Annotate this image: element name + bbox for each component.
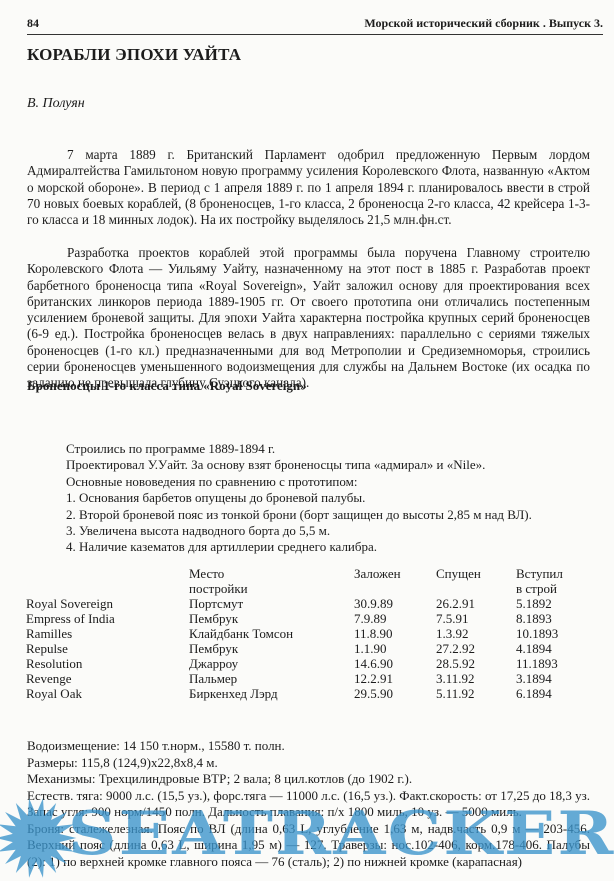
journal-title: Морской исторический сборник . Выпуск 3. xyxy=(364,16,603,31)
cell-ship-name: Royal Sovereign xyxy=(22,596,189,611)
cell-commissioned: 11.1893 xyxy=(516,656,596,671)
table-row: ResolutionДжарроу14.6.9028.5.9211.1893 xyxy=(22,656,596,671)
cell-ship-name: Empress of India xyxy=(22,611,189,626)
cell-commissioned: 8.1893 xyxy=(516,611,596,626)
section-heading: Броненосцы 1-го класса типа «Royal Sover… xyxy=(27,378,307,394)
cell-launched: 1.3.92 xyxy=(436,626,516,641)
cell-ship-name: Royal Oak xyxy=(22,686,189,701)
article-title: КОРАБЛИ ЭПОХИ УАЙТА xyxy=(27,45,241,65)
cell-builder: Джарроу xyxy=(189,656,354,671)
cell-laid-down: 1.1.90 xyxy=(354,641,436,656)
intro-paragraph-1: 7 марта 1889 г. Британский Парламент одо… xyxy=(27,147,590,228)
table-row: Empress of IndiaПембрук7.9.897.5.918.189… xyxy=(22,611,596,626)
page-number: 84 xyxy=(27,16,39,31)
spec-line: 2. Второй броневой пояс из тонкой брони … xyxy=(66,507,532,523)
cell-laid-down: 11.8.90 xyxy=(354,626,436,641)
cell-laid-down: 7.9.89 xyxy=(354,611,436,626)
design-notes: Строились по программе 1889-1894 г. Прое… xyxy=(66,441,532,556)
spec-dimensions: Размеры: 115,8 (124,9)х22,8х8,4 м. xyxy=(27,755,590,772)
watermark-starburst-icon xyxy=(0,796,78,880)
cell-commissioned: 10.1893 xyxy=(516,626,596,641)
cell-builder: Пальмер xyxy=(189,671,354,686)
table-row: Royal SovereignПортсмут30.9.8926.2.915.1… xyxy=(22,596,596,611)
spec-line: Проектировал У.Уайт. За основу взят брон… xyxy=(66,457,532,473)
col-header-builder: Местопостройки xyxy=(189,566,354,596)
cell-builder: Портсмут xyxy=(189,596,354,611)
paragraph-text: Разработка проектов кораблей этой програ… xyxy=(27,245,590,390)
paragraph-text: 7 марта 1889 г. Британский Парламент одо… xyxy=(27,147,590,227)
table-row: Royal OakБиркенхед Лэрд29.5.905.11.926.1… xyxy=(22,686,596,701)
col-header-laid-down: Заложен xyxy=(354,566,436,596)
document-page: 84 Морской исторический сборник . Выпуск… xyxy=(0,0,614,881)
cell-commissioned: 5.1892 xyxy=(516,596,596,611)
cell-laid-down: 12.2.91 xyxy=(354,671,436,686)
cell-builder: Клайдбанк Томсон xyxy=(189,626,354,641)
spec-machinery: Механизмы: Трехцилиндровые ВТР; 2 вала; … xyxy=(27,771,590,788)
running-header: 84 Морской исторический сборник . Выпуск… xyxy=(27,15,603,35)
cell-ship-name: Ramilles xyxy=(22,626,189,641)
table-header-row: Местопостройки Заложен Спущен Вступилв с… xyxy=(22,566,596,596)
cell-launched: 26.2.91 xyxy=(436,596,516,611)
cell-launched: 5.11.92 xyxy=(436,686,516,701)
cell-builder: Пембрук xyxy=(189,611,354,626)
author-name: В. Полуян xyxy=(27,96,85,112)
col-header-commissioned: Вступилв строй xyxy=(516,566,596,596)
cell-ship-name: Resolution xyxy=(22,656,189,671)
cell-launched: 3.11.92 xyxy=(436,671,516,686)
cell-commissioned: 3.1894 xyxy=(516,671,596,686)
watermark-text: SEATRACKER.RU xyxy=(68,804,614,864)
cell-ship-name: Revenge xyxy=(22,671,189,686)
cell-builder: Биркенхед Лэрд xyxy=(189,686,354,701)
table-row: RepulseПембрук1.1.9027.2.924.1894 xyxy=(22,641,596,656)
cell-launched: 28.5.92 xyxy=(436,656,516,671)
spec-line: Основные нововедения по сравнению с прот… xyxy=(66,474,532,490)
cell-builder: Пембрук xyxy=(189,641,354,656)
spec-line: Строились по программе 1889-1894 г. xyxy=(66,441,532,457)
spec-line: 4. Наличие казематов для артиллерии сред… xyxy=(66,539,532,555)
cell-commissioned: 6.1894 xyxy=(516,686,596,701)
ships-table: Местопостройки Заложен Спущен Вступилв с… xyxy=(22,566,596,701)
intro-paragraph-2: Разработка проектов кораблей этой програ… xyxy=(27,245,590,392)
table-row: RamillesКлайдбанк Томсон11.8.901.3.9210.… xyxy=(22,626,596,641)
table-row: RevengeПальмер12.2.913.11.923.1894 xyxy=(22,671,596,686)
spec-line: 3. Увеличена высота надводного борта до … xyxy=(66,523,532,539)
cell-laid-down: 29.5.90 xyxy=(354,686,436,701)
col-header-ship xyxy=(22,566,189,596)
cell-launched: 7.5.91 xyxy=(436,611,516,626)
cell-launched: 27.2.92 xyxy=(436,641,516,656)
cell-commissioned: 4.1894 xyxy=(516,641,596,656)
cell-laid-down: 14.6.90 xyxy=(354,656,436,671)
cell-ship-name: Repulse xyxy=(22,641,189,656)
col-header-launched: Спущен xyxy=(436,566,516,596)
spec-displacement: Водоизмещение: 14 150 т.норм., 15580 т. … xyxy=(27,738,590,755)
cell-laid-down: 30.9.89 xyxy=(354,596,436,611)
spec-line: 1. Основания барбетов опущены до бронево… xyxy=(66,490,532,506)
